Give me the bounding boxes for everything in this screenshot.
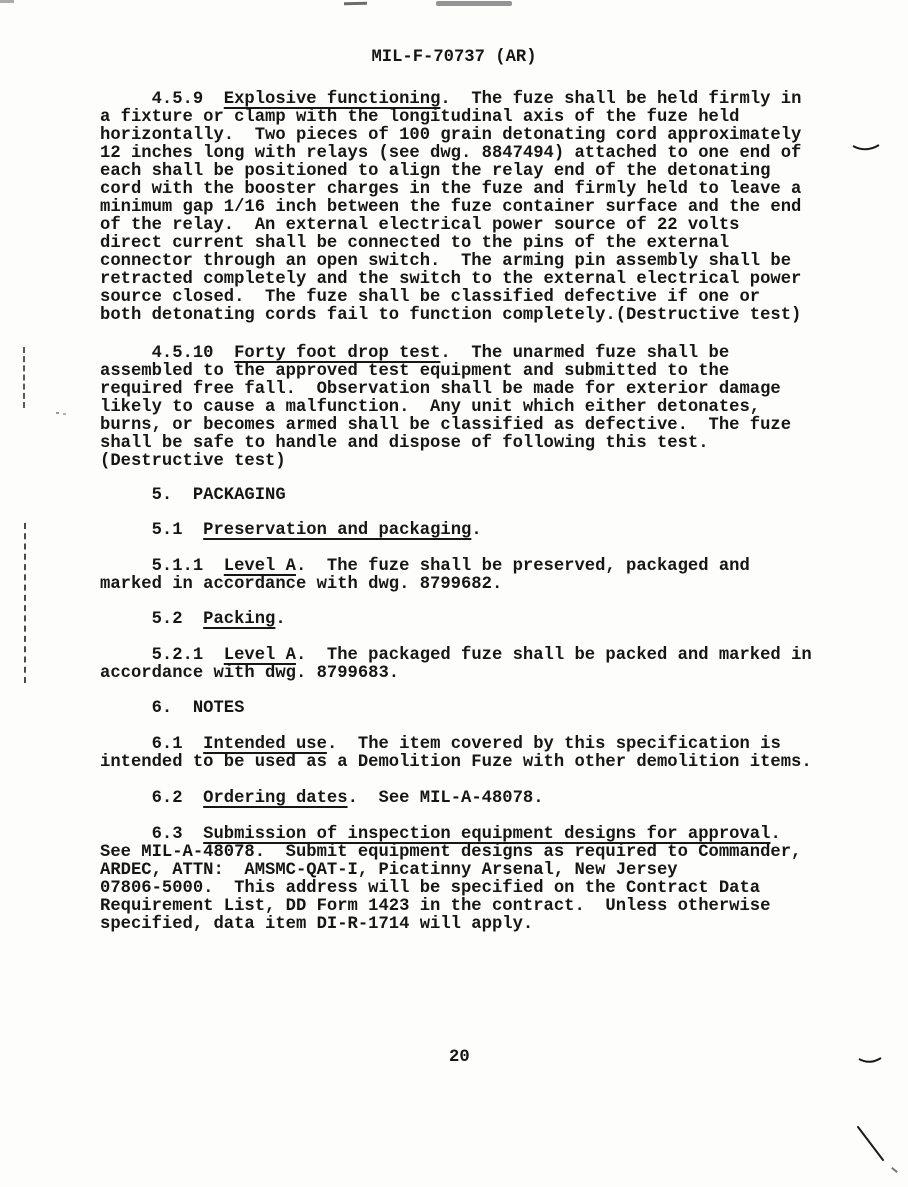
text-line: 6. NOTES [100, 700, 244, 718]
heading-6: 6. NOTES [100, 700, 244, 718]
text-line: required free fall. Observation shall be… [100, 381, 791, 399]
text-line: likely to cause a malfunction. Any unit … [100, 399, 791, 417]
para-5.1.1: 5.1.1 Level A. The fuze shall be preserv… [100, 558, 750, 594]
change-bar-upper [23, 347, 25, 408]
text-line: accordance with dwg. 8799683. [100, 665, 812, 683]
text-line: assembled to the approved test equipment… [100, 363, 791, 381]
text-line: 5.2 Packing. [100, 611, 286, 629]
text-line: 4.5.9 Explosive functioning. The fuze sh… [100, 91, 801, 109]
text-line: horizontally. Two pieces of 100 grain de… [100, 127, 801, 145]
scan-mark-top-left [0, 0, 14, 3]
text-line: Requirement List, DD Form 1423 in the co… [100, 898, 801, 916]
para-5.2: 5.2 Packing. [100, 611, 286, 629]
text-line: ARDEC, ATTN: AMSMC-QAT-I, Picatinny Arse… [100, 862, 801, 880]
text-line: retracted completely and the switch to t… [100, 271, 801, 289]
para-4.5.9: 4.5.9 Explosive functioning. The fuze sh… [100, 91, 801, 325]
text-line: burns, or becomes armed shall be classif… [100, 417, 791, 435]
document-page: MIL-F-70737 (AR) 4.5.9 Explosive functio… [0, 0, 908, 1187]
para-5.1: 5.1 Preservation and packaging. [100, 522, 482, 540]
change-bar-lower [24, 523, 26, 683]
text-line: a fixture or clamp with the longitudinal… [100, 109, 801, 127]
text-line: specified, data item DI-R-1714 will appl… [100, 916, 801, 934]
scan-mark-top-dash [344, 2, 367, 5]
text-line: marked in accordance with dwg. 8799682. [100, 576, 750, 594]
text-line: direct current shall be connected to the… [100, 235, 801, 253]
heading-5: 5. PACKAGING [100, 487, 286, 505]
para-4.5.10: 4.5.10 Forty foot drop test. The unarmed… [100, 345, 791, 471]
text-line: See MIL-A-48078. Submit equipment design… [100, 844, 801, 862]
text-line: minimum gap 1/16 inch between the fuze c… [100, 199, 801, 217]
scan-mark-corner-tick [891, 1167, 898, 1173]
text-line: 12 inches long with relays (see dwg. 884… [100, 145, 801, 163]
text-line: 5.1.1 Level A. The fuze shall be preserv… [100, 558, 750, 576]
scan-mark-right-curve-2 [858, 1053, 882, 1071]
text-line: connector through an open switch. The ar… [100, 253, 801, 271]
text-line: 6.1 Intended use. The item covered by th… [100, 736, 812, 754]
text-line: 5. PACKAGING [100, 487, 286, 505]
text-line: each shall be positioned to align the re… [100, 163, 801, 181]
text-line: cord with the booster charges in the fuz… [100, 181, 801, 199]
text-line: 07806-5000. This address will be specifi… [100, 880, 801, 898]
text-line: shall be safe to handle and dispose of f… [100, 435, 791, 453]
text-line: intended to be used as a Demolition Fuze… [100, 754, 812, 772]
text-line: source closed. The fuze shall be classif… [100, 289, 801, 307]
text-line: 4.5.10 Forty foot drop test. The unarmed… [100, 345, 791, 363]
scan-mark-right-curve [852, 141, 880, 159]
para-5.2.1: 5.2.1 Level A. The packaged fuze shall b… [100, 647, 812, 683]
scan-mark-dots [56, 412, 59, 414]
text-line: (Destructive test) [100, 453, 791, 471]
text-line: 5.1 Preservation and packaging. [100, 522, 482, 540]
text-line: 5.2.1 Level A. The packaged fuze shall b… [100, 647, 812, 665]
text-line: of the relay. An external electrical pow… [100, 217, 801, 235]
text-line: 6.2 Ordering dates. See MIL-A-48078. [100, 790, 544, 808]
para-6.2: 6.2 Ordering dates. See MIL-A-48078. [100, 790, 544, 808]
text-line: both detonating cords fail to function c… [100, 307, 801, 325]
document-header: MIL-F-70737 (AR) [0, 48, 908, 67]
page-number: 20 [449, 1048, 470, 1067]
para-6.1: 6.1 Intended use. The item covered by th… [100, 736, 812, 772]
para-6.3: 6.3 Submission of inspection equipment d… [100, 826, 801, 934]
scan-mark-top-streak [436, 1, 512, 6]
text-line: 6.3 Submission of inspection equipment d… [100, 826, 801, 844]
scan-mark-diagonal [855, 1124, 887, 1169]
